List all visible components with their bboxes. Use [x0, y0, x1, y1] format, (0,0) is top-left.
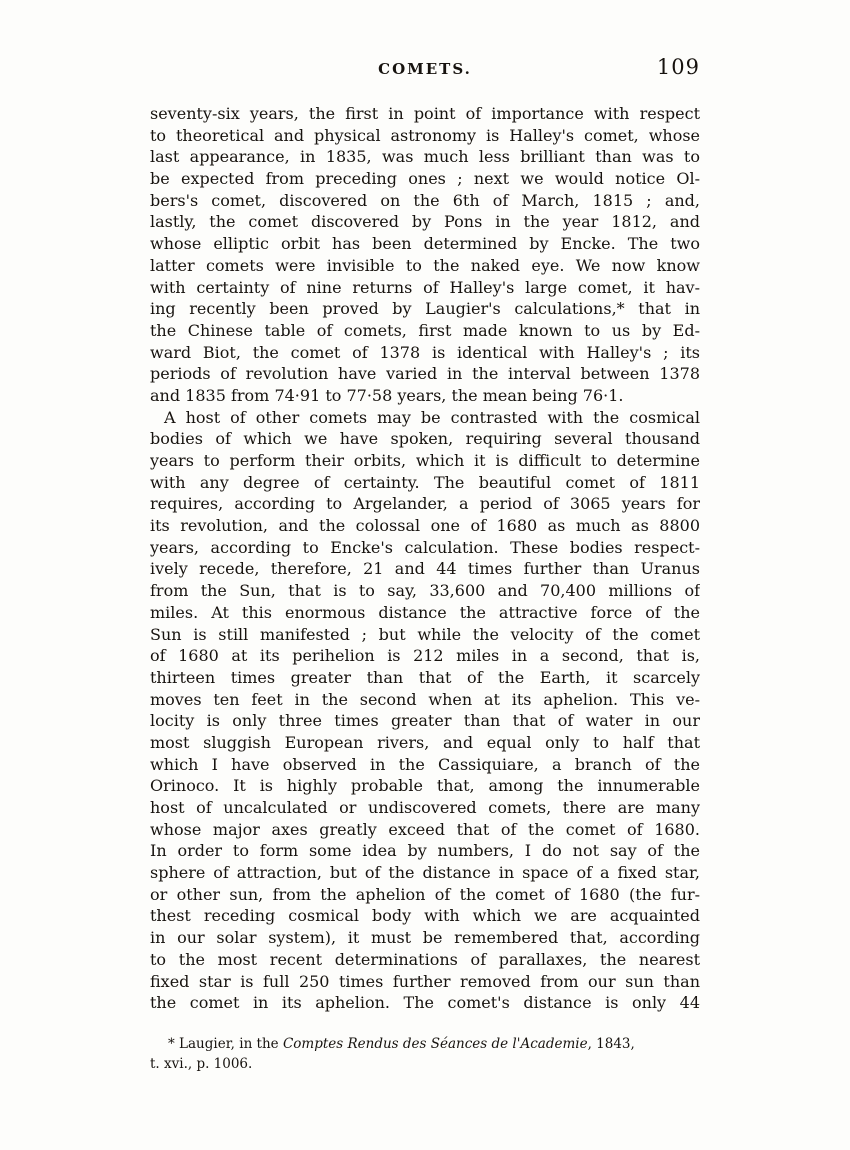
text-line: bers's comet, discovered on the 6th of M…: [150, 190, 700, 212]
text-line: to theoretical and physical astronomy is…: [150, 125, 700, 147]
footnote-line: * Laugier, in the Comptes Rendus des Séa…: [150, 1034, 700, 1054]
text-line: sphere of attraction, but of the distanc…: [150, 862, 700, 884]
footnote-line: t. xvi., p. 1006.: [150, 1054, 700, 1074]
text-line: thirteen times greater than that of the …: [150, 667, 700, 689]
text-line: be expected from preceding ones ; next w…: [150, 168, 700, 190]
text-line: and 1835 from 74·91 to 77·58 years, the …: [150, 385, 700, 407]
text-line: ively recede, therefore, 21 and 44 times…: [150, 558, 700, 580]
paragraph: A host of other comets may be contrasted…: [150, 407, 700, 1014]
text-line: which I have observed in the Cassiquiare…: [150, 754, 700, 776]
text-line: fixed star is full 250 times further rem…: [150, 971, 700, 993]
text-line: whose major axes greatly exceed that of …: [150, 819, 700, 841]
text-line: thest receding cosmical body with which …: [150, 905, 700, 927]
text-line: latter comets were invisible to the nake…: [150, 255, 700, 277]
footnote-text: * Laugier, in the: [168, 1036, 283, 1052]
text-line: its revolution, and the colossal one of …: [150, 515, 700, 537]
text-line: A host of other comets may be contrasted…: [150, 407, 700, 429]
text-line: moves ten feet in the second when at its…: [150, 689, 700, 711]
paragraph: seventy-six years, the first in point of…: [150, 103, 700, 407]
text-line: ing recently been proved by Laugier's ca…: [150, 298, 700, 320]
footnote-text: , 1843,: [588, 1036, 635, 1052]
text-line: in our solar system), it must be remembe…: [150, 927, 700, 949]
text-line: whose elliptic orbit has been determined…: [150, 233, 700, 255]
text-line: or other sun, from the aphelion of the c…: [150, 884, 700, 906]
text-line: Sun is still manifested ; but while the …: [150, 624, 700, 646]
text-line: to the most recent determinations of par…: [150, 949, 700, 971]
text-line: from the Sun, that is to say, 33,600 and…: [150, 580, 700, 602]
text-line: miles. At this enormous distance the att…: [150, 602, 700, 624]
running-header: COMETS. 109: [150, 58, 700, 80]
footnote-text: t. xvi., p. 1006.: [150, 1056, 252, 1072]
text-line: host of uncalculated or undiscovered com…: [150, 797, 700, 819]
body-text: seventy-six years, the first in point of…: [150, 103, 700, 1014]
page-number: 109: [657, 54, 700, 80]
footnote: * Laugier, in the Comptes Rendus des Séa…: [150, 1034, 700, 1074]
text-line: In order to form some idea by numbers, I…: [150, 840, 700, 862]
text-line: of 1680 at its perihelion is 212 miles i…: [150, 645, 700, 667]
book-page: COMETS. 109 seventy-six years, the first…: [0, 0, 850, 1150]
text-line: ward Biot, the comet of 1378 is identica…: [150, 342, 700, 364]
text-line: last appearance, in 1835, was much less …: [150, 146, 700, 168]
text-line: periods of revolution have varied in the…: [150, 363, 700, 385]
text-line: bodies of which we have spoken, requirin…: [150, 428, 700, 450]
text-line: requires, according to Argelander, a per…: [150, 493, 700, 515]
text-line: locity is only three times greater than …: [150, 710, 700, 732]
text-line: lastly, the comet discovered by Pons in …: [150, 211, 700, 233]
text-line: the comet in its aphelion. The comet's d…: [150, 992, 700, 1014]
page-content: COMETS. 109 seventy-six years, the first…: [150, 58, 700, 1074]
text-line: with certainty of nine returns of Halley…: [150, 277, 700, 299]
text-line: years to perform their orbits, which it …: [150, 450, 700, 472]
text-line: Orinoco. It is highly probable that, amo…: [150, 775, 700, 797]
page-title: COMETS.: [150, 58, 700, 80]
text-line: seventy-six years, the first in point of…: [150, 103, 700, 125]
text-line: years, according to Encke's calculation.…: [150, 537, 700, 559]
text-line: the Chinese table of comets, first made …: [150, 320, 700, 342]
text-line: most sluggish European rivers, and equal…: [150, 732, 700, 754]
text-line: with any degree of certainty. The beauti…: [150, 472, 700, 494]
footnote-citation-italic: Comptes Rendus des Séances de l'Academie: [283, 1036, 588, 1052]
